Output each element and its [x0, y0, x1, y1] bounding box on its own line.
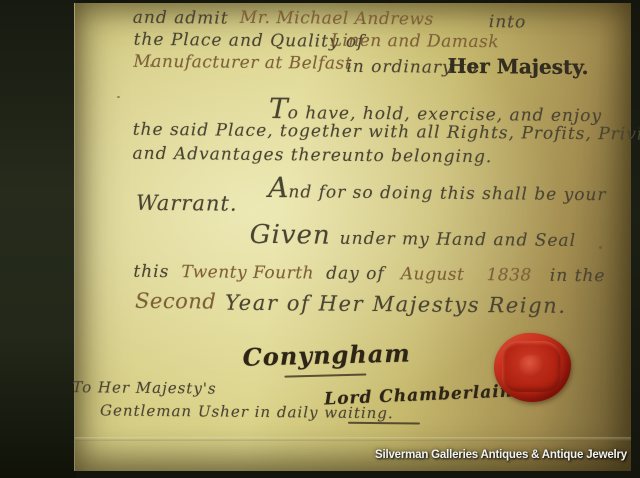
manuscript-trade-place: Manufacturer at Belfast: [133, 52, 352, 74]
date-in-the: in the: [550, 266, 606, 287]
warrant-text-for-so-doing: And for so doing this shall be your: [268, 171, 607, 207]
warrant-text-warrant: Warrant.: [136, 191, 238, 216]
manuscript-appointee-name: Mr. Michael Andrews: [240, 8, 434, 30]
warrant-date-line: this Twenty Fourth day of August 1838 in…: [133, 262, 605, 287]
given-rest: under my Hand and Seal: [340, 229, 577, 251]
signature-underline: [284, 374, 366, 378]
address-gentleman-usher: Gentleman Usher in daily waiting.: [100, 401, 394, 422]
manuscript-day: Twenty Fourth: [181, 262, 314, 283]
warrant-text-majestys-reign: Year of Her Majestys Reign.: [225, 291, 567, 318]
wax-seal-impression: [502, 341, 561, 392]
manuscript-month: August: [401, 264, 465, 285]
warrant-text-into: into: [489, 12, 527, 32]
given-lead-word: Given: [250, 220, 331, 251]
address-underline: [348, 422, 420, 424]
address-to-her-majestys: To Her Majesty's: [72, 378, 217, 397]
manuscript-regnal-year: Second: [135, 289, 216, 314]
document-text-layer: and admit Mr. Michael Andrews into the P…: [0, 0, 640, 478]
lord-chamberlain-signature: Conyngham: [242, 338, 411, 371]
wax-seal-crest-relief: [519, 355, 545, 377]
photo-of-royal-warrant: and admit Mr. Michael Andrews into the P…: [0, 0, 640, 478]
warrant-text-advantages: and Advantages thereunto belonging.: [132, 144, 492, 167]
manuscript-trade: Linen and Damask: [331, 31, 500, 53]
her-majesty-blackletter: Her Majesty.: [447, 54, 588, 79]
warrant-text-said-place: the said Place, together with all Rights…: [133, 120, 640, 145]
date-this: this: [133, 262, 169, 282]
gallery-watermark-caption: Silverman Galleries Antiques & Antique J…: [375, 449, 627, 461]
date-day-of: day of: [326, 264, 385, 285]
manuscript-year: 1838: [486, 265, 531, 285]
warrant-text-given-line: Given under my Hand and Seal: [250, 220, 577, 253]
warrant-text-and-admit: and admit: [133, 8, 229, 29]
